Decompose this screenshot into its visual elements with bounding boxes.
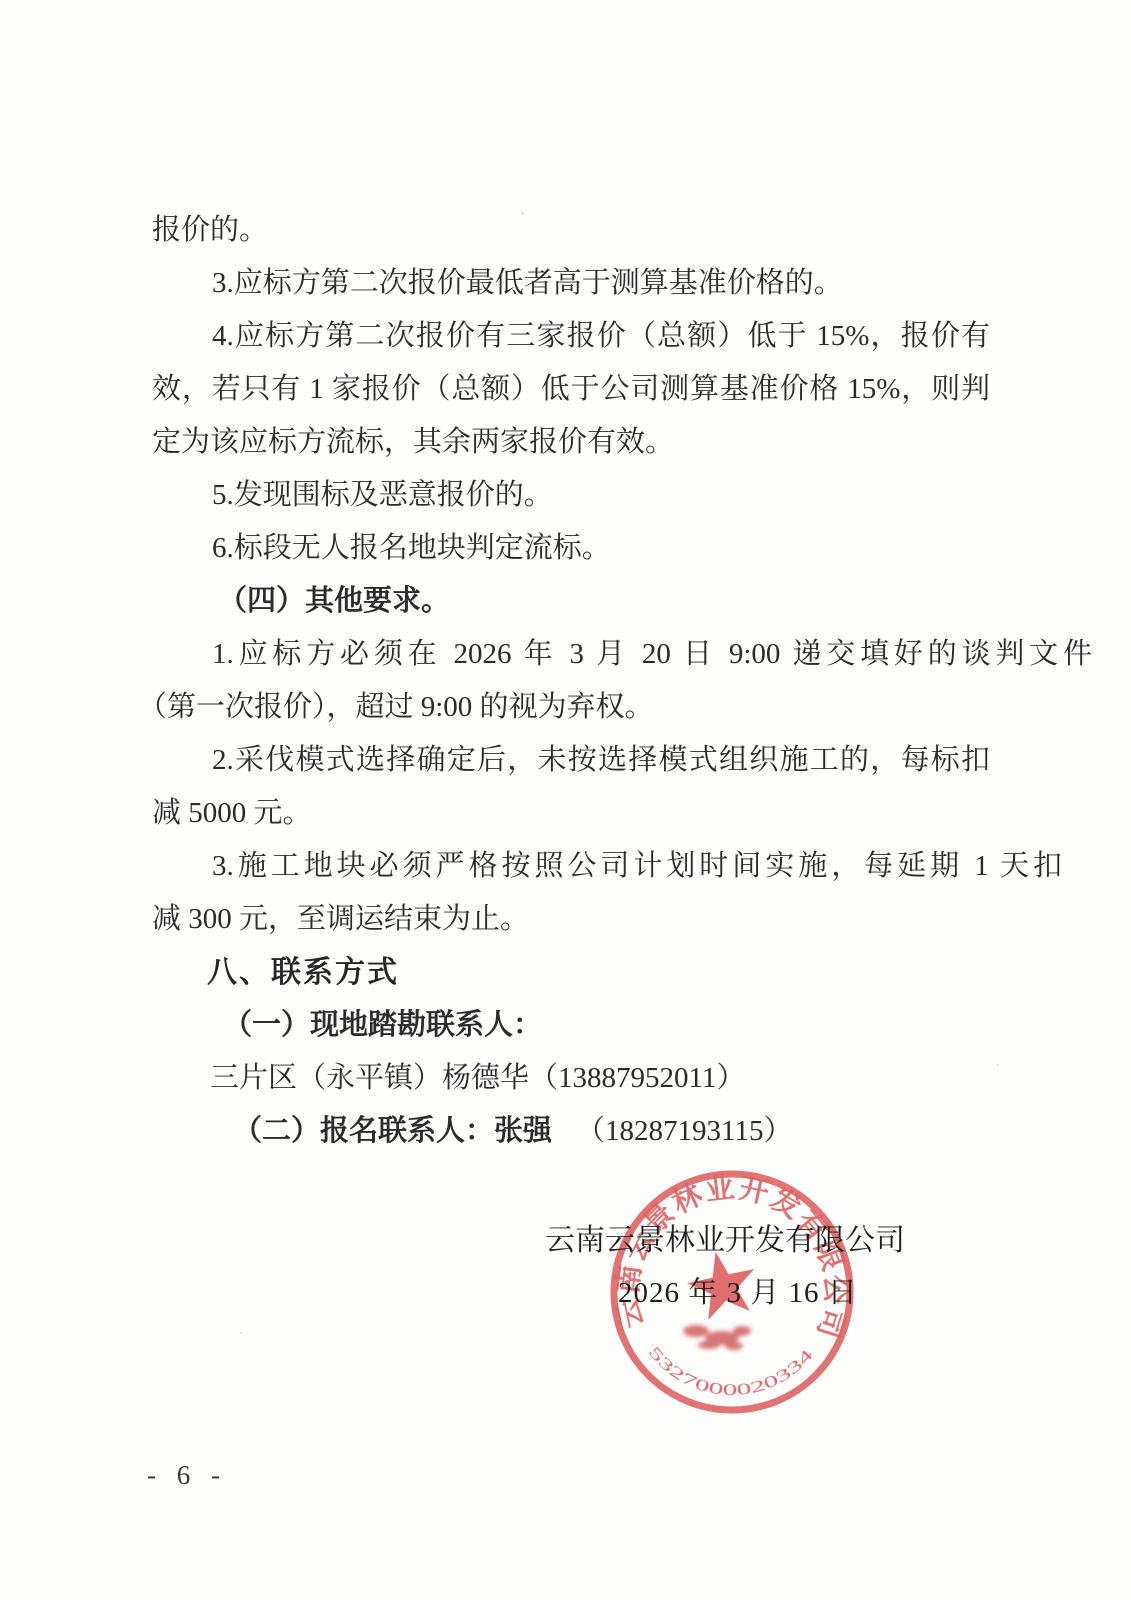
document-line: 定为该应标方流标，其余两家报价有效。: [152, 416, 990, 469]
document-line: 4.应标方第二次报价有三家报价（总额）低于 15%，报价有: [152, 310, 990, 363]
document-line: 效，若只有 1 家报价（总额）低于公司测算基准价格 15%，则判: [152, 363, 990, 416]
document-subheading: （四）其他要求。: [152, 575, 990, 628]
document-line: 3.应标方第二次报价最低者高于测算基准价格的。: [152, 257, 990, 310]
document-line: 6.标段无人报名地块判定流标。: [152, 522, 990, 575]
contact-survey-label: （一）现地踏勘联系人：: [152, 999, 990, 1052]
document-line: 报价的。: [152, 204, 990, 257]
signature-company: 云南云景林业开发有限公司: [545, 1224, 905, 1258]
contact-signup-label: （二）报名联系人：张强: [233, 1115, 552, 1147]
scan-speck: [521, 212, 524, 215]
document-body: 报价的。 3.应标方第二次报价最低者高于测算基准价格的。 4.应标方第二次报价有…: [152, 204, 990, 1158]
scan-speck: [240, 1332, 243, 1334]
scan-speck: [997, 1064, 999, 1066]
signature-date: 2026 年 3 月 16 日: [618, 1276, 858, 1310]
document-line: 5.发现围标及恶意报价的。: [152, 469, 990, 522]
contact-signup-phone: （18287193115）: [576, 1115, 792, 1147]
scan-speck: [411, 693, 413, 695]
document-line: （第一次报价），超过 9:00 的视为弃权。: [138, 681, 990, 734]
document-line: 1.应标方必须在 2026 年 3 月 20 日 9:00 递交填好的谈判文件: [152, 628, 1092, 681]
document-line: 减 5000 元。: [152, 787, 990, 840]
document-line: 2.采伐模式选择确定后，未按选择模式组织施工的，每标扣: [152, 734, 990, 787]
page-number: - 6 -: [147, 1460, 227, 1491]
document-line: 减 300 元，至调运结束为止。: [152, 893, 990, 946]
document-line: 3.施工地块必须严格按照公司计划时间实施，每延期 1 天扣: [152, 840, 1062, 893]
seal-smudge: [683, 1325, 751, 1350]
document-page: 报价的。 3.应标方第二次报价最低者高于测算基准价格的。 4.应标方第二次报价有…: [0, 0, 1131, 1600]
contact-signup-line: （二）报名联系人：张强（18287193115）: [152, 1105, 990, 1158]
section-heading-contact: 八、联系方式: [152, 946, 990, 999]
contact-survey-person: 三片区（永平镇）杨德华（13887952011）: [152, 1052, 990, 1105]
